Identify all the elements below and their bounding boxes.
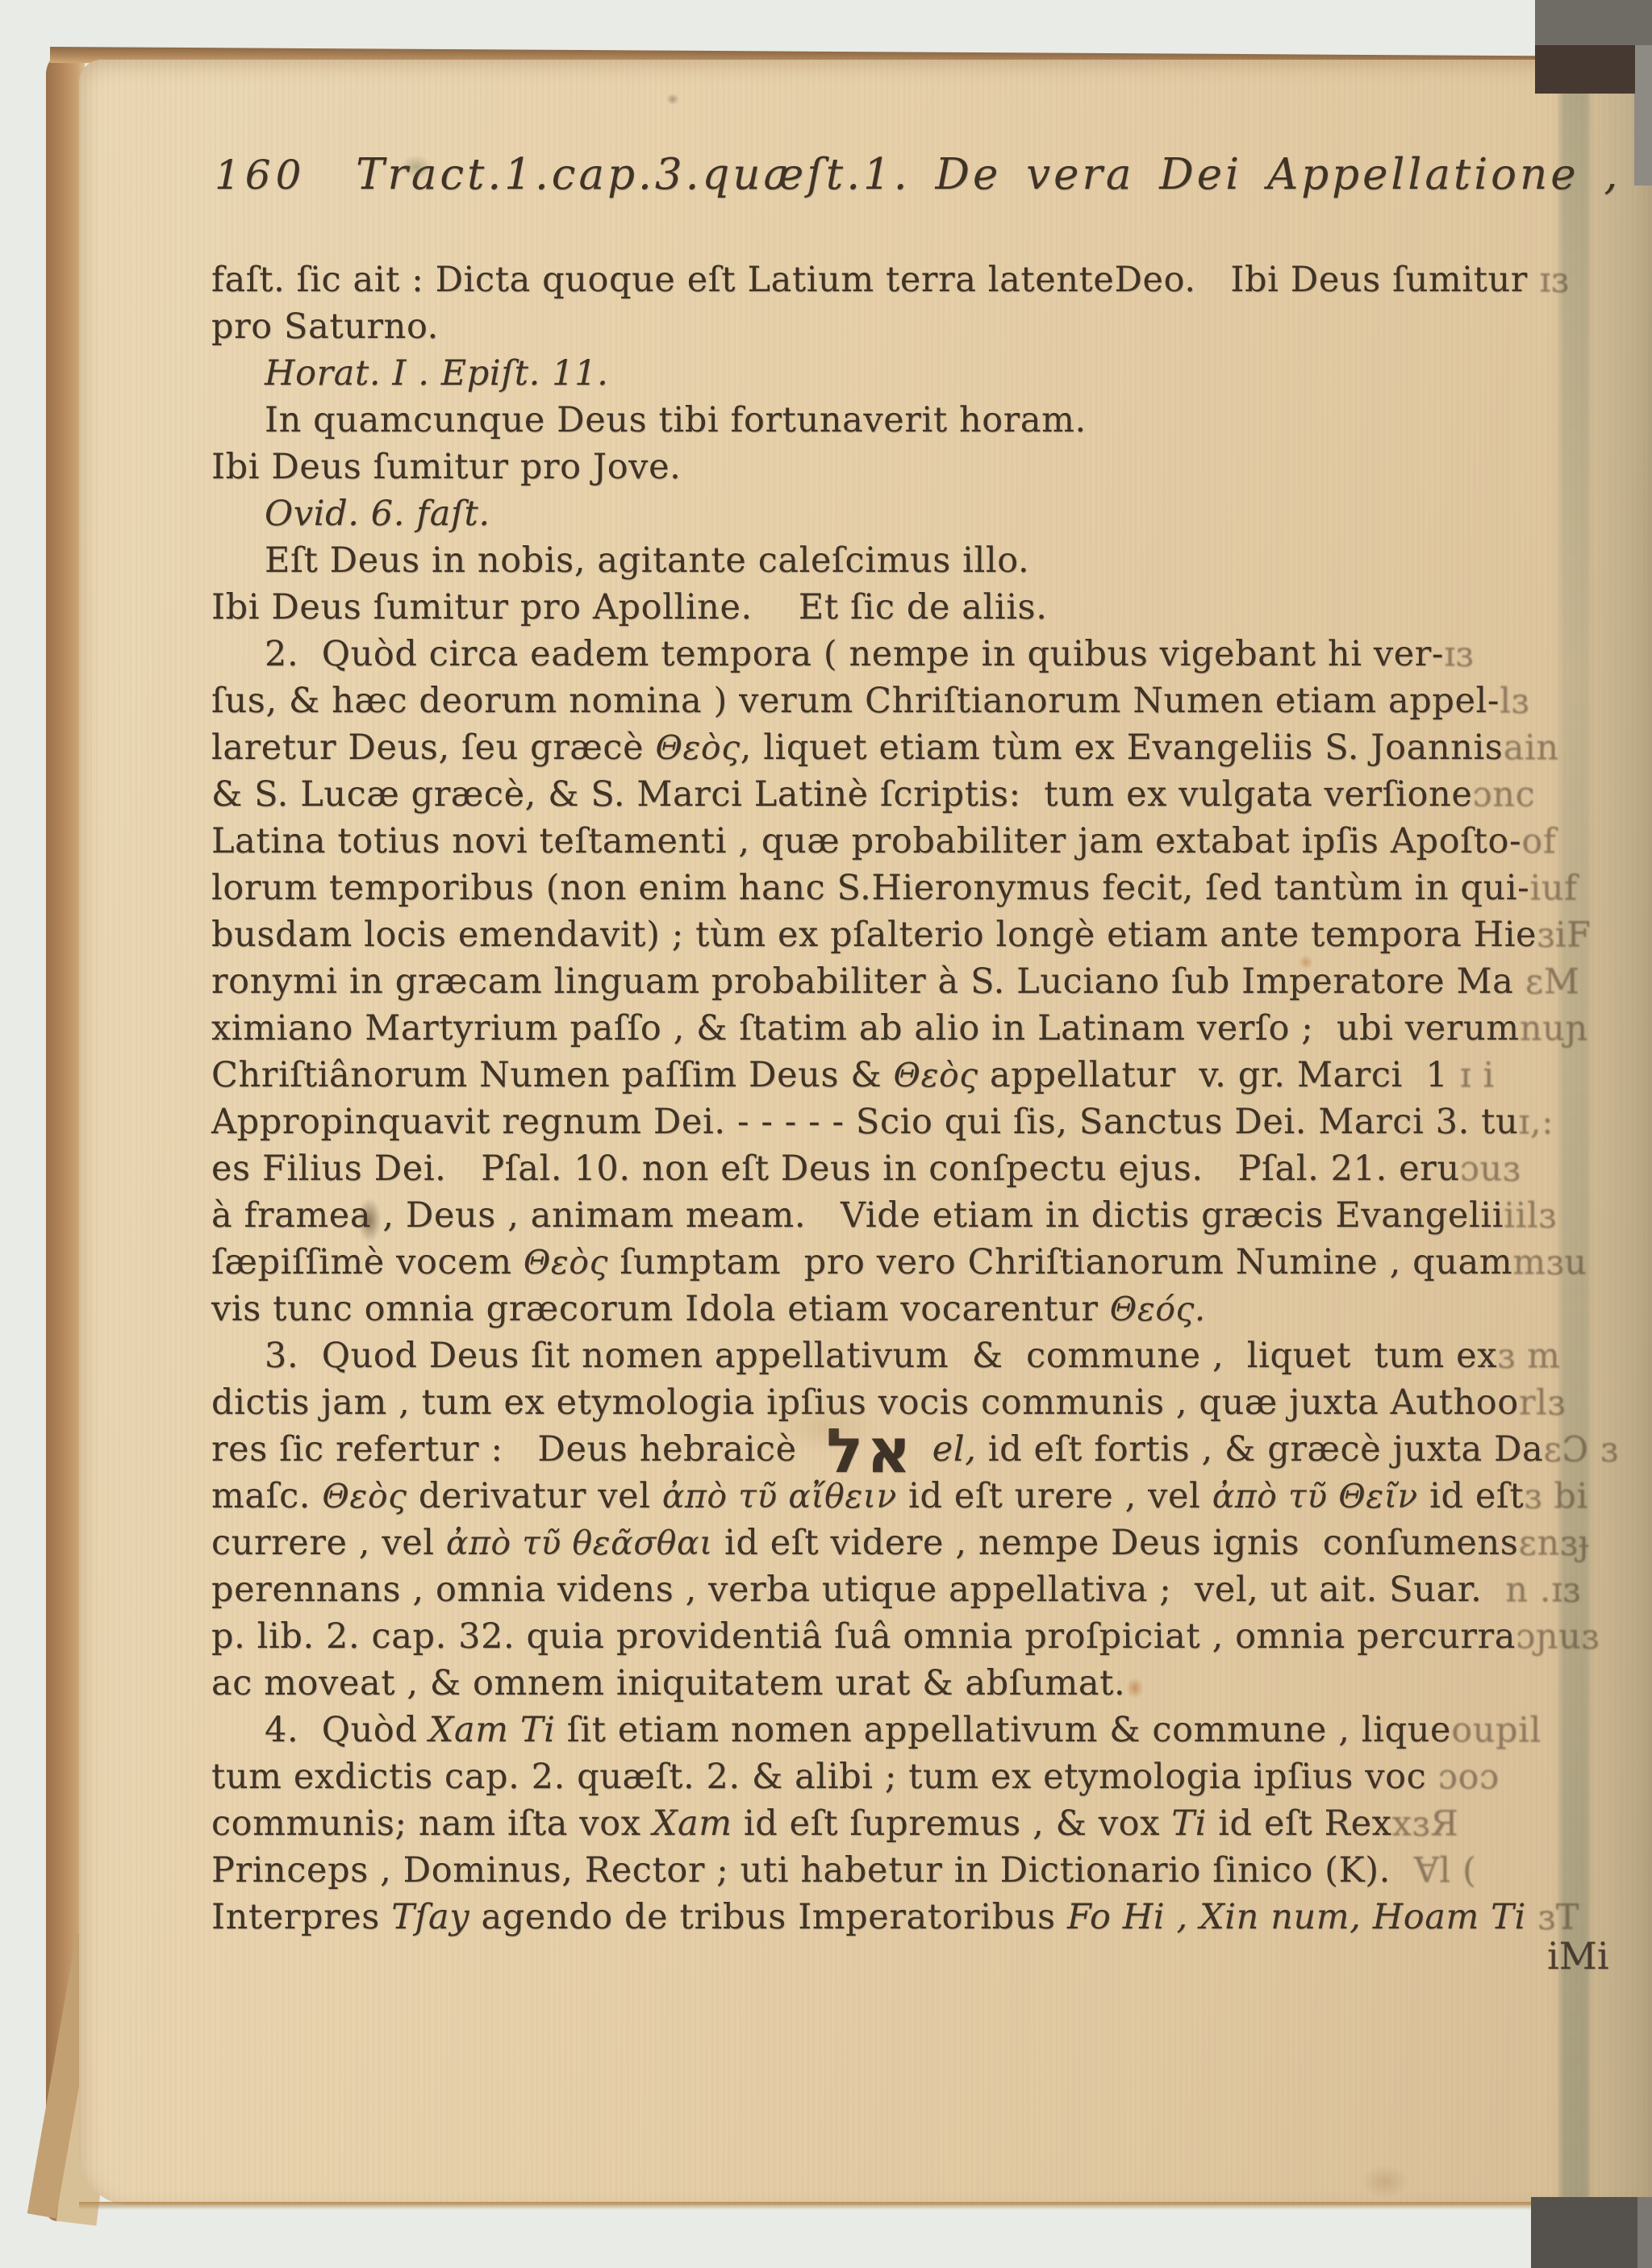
scan-corner-block-top-right xyxy=(1535,0,1652,45)
text-segment: Horat. I . Epiſt. 11. xyxy=(265,353,608,394)
text-segment: perennans , omnia videns , verba utique … xyxy=(211,1570,1505,1610)
text-line: currere , vel ἀπὸ τῦ θεᾶσθαι id eſt vide… xyxy=(211,1520,1618,1566)
scan-corner-block-bottom-right-light xyxy=(1637,2197,1652,2268)
text-line: Latina totius novi teſtamenti , quæ prob… xyxy=(211,818,1618,865)
text-segment: busdam locis emendavit) ; tùm ex pſalter… xyxy=(211,915,1537,955)
text-line: communis; nam iſta vox Xam id eſt ſuprem… xyxy=(211,1800,1618,1847)
text-segment: Appropinquavit regnum Dei. - - - - - Sci… xyxy=(211,1102,1518,1142)
text-line: p. lib. 2. cap. 32. quia providentiâ ſuâ… xyxy=(211,1613,1618,1660)
text-line: perennans , omnia videns , verba utique … xyxy=(211,1566,1618,1613)
ink-bleed: ɔɲuɜ xyxy=(1516,1616,1600,1657)
text-segment: id eſt Rex xyxy=(1207,1803,1392,1844)
text-segment: currere , vel xyxy=(211,1523,446,1563)
text-segment: , liquet etiam tùm ex Evangeliis S. Joan… xyxy=(740,728,1504,768)
text-segment: ronymi in græcam linguam probabiliter à … xyxy=(211,961,1513,1002)
text-line: vis tunc omnia græcorum Idola etiam voca… xyxy=(211,1286,1618,1332)
text-line: ronymi in græcam linguam probabiliter à … xyxy=(211,958,1618,1005)
text-segment: pro Saturno. xyxy=(211,306,439,347)
ink-bleed: n .ɪɜ xyxy=(1505,1570,1581,1610)
ink-bleed: ɛƆ ɜ xyxy=(1543,1429,1618,1470)
text-segment: & S. Lucæ græcè, & S. Marci Latinè ſcrip… xyxy=(211,774,1472,815)
ink-bleed: ɜT xyxy=(1526,1897,1579,1937)
text-segment: 3. Quod Deus ſit nomen appellativum & co… xyxy=(265,1336,1497,1376)
text-segment: id eſt ſupremus , & vox xyxy=(732,1803,1172,1844)
text-line: 2. Quòd circa eadem tempora ( nempe in q… xyxy=(211,631,1618,677)
ink-bleed: iuf xyxy=(1529,868,1577,908)
text-segment: Tſay xyxy=(391,1897,469,1937)
text-segment: Interpres xyxy=(211,1897,391,1937)
text-line: Ibi Deus ſumitur pro Jove. xyxy=(211,444,1618,490)
text-segment: lorum temporibus (non enim hanc S.Hieron… xyxy=(211,868,1529,908)
text-segment: Fo Hi , Xin num, Hoam Ti xyxy=(1067,1897,1526,1937)
text-segment: maſc. xyxy=(211,1476,322,1516)
text-line: & S. Lucæ græcè, & S. Marci Latinè ſcrip… xyxy=(211,771,1618,818)
text-line: ximiano Martyrium paſſo , & ſtatim ab al… xyxy=(211,1005,1618,1052)
text-segment xyxy=(921,1429,932,1470)
text-segment: faſt. ſic ait : Dicta quoque eſt Latium … xyxy=(211,260,1528,300)
text-segment: In quamcunque Deus tibi fortunaverit hor… xyxy=(265,400,1087,440)
text-segment: 160 xyxy=(215,152,306,198)
ink-bleed: ɔuɜ xyxy=(1460,1149,1521,1189)
ink-bleed: ɪɜ xyxy=(1528,260,1569,300)
text-line: 3. Quod Deus ſit nomen appellativum & co… xyxy=(211,1332,1618,1379)
text-segment: ac moveat , & omnem iniquitatem urat & a… xyxy=(211,1663,1125,1703)
ink-bleed: ɔnc xyxy=(1472,774,1535,815)
ink-bleed: nuɲ xyxy=(1520,1008,1588,1049)
text-segment: Princeps , Dominus, Rector ; uti habetur… xyxy=(211,1850,1413,1891)
ink-bleed: iilɜ xyxy=(1504,1195,1557,1236)
ink-bleed: xɜЯ xyxy=(1392,1803,1459,1844)
text-segment: Ibi Deus ſumitur pro Apolline. Et ſic de… xyxy=(211,587,1048,627)
text-line: Appropinquavit regnum Dei. - - - - - Sci… xyxy=(211,1099,1618,1145)
greek-word: ἀπὸ τῦ θεᾶσθαι xyxy=(446,1524,713,1562)
text-segment: id eſt xyxy=(1418,1476,1524,1516)
text-segment: agendo de tribus Imperatoribus xyxy=(469,1897,1067,1937)
page-bottom-edge xyxy=(79,2202,1652,2210)
text-segment: derivatur vel xyxy=(407,1476,662,1516)
ink-bleed: ɔoɔ xyxy=(1426,1757,1499,1797)
ink-bleed: ɛM xyxy=(1513,961,1579,1002)
text-line: res ſic refertur : Deus hebraicè אל el, … xyxy=(211,1426,1618,1473)
ink-bleed: oupil xyxy=(1451,1710,1541,1750)
text-segment: id eſt fortis , & græcè juxta Da xyxy=(976,1429,1543,1470)
text-segment: Ti xyxy=(1171,1803,1207,1844)
text-line: Ovid. 6. faſt. xyxy=(211,490,1618,537)
text-line: faſt. ſic ait : Dicta quoque eſt Latium … xyxy=(211,256,1618,303)
text-segment: ſumptam pro vero Chriſtianorum Numine , … xyxy=(608,1242,1512,1282)
ink-bleed: ɪ i xyxy=(1448,1055,1494,1095)
text-line: ac moveat , & omnem iniquitatem urat & a… xyxy=(211,1660,1618,1707)
ink-bleed: rlɜ xyxy=(1519,1382,1566,1423)
text-segment: Xam Ti xyxy=(429,1710,556,1750)
greek-word: ἀπὸ τῦ Θεῖν xyxy=(1212,1477,1418,1515)
text-segment: communis; nam iſta vox xyxy=(211,1803,653,1844)
text-segment: es Filius Dei. Pſal. 10. non eſt Deus in… xyxy=(211,1149,1460,1189)
text-segment: ximiano Martyrium paſſo , & ſtatim ab al… xyxy=(211,1008,1520,1049)
text-line: maſc. Θεὸς derivatur vel ἀπὸ τῦ αἴθειν i… xyxy=(211,1473,1618,1520)
ink-bleed: ain xyxy=(1503,728,1558,768)
text-segment: id eſt urere , vel xyxy=(897,1476,1212,1516)
greek-word: Θεός. xyxy=(1110,1290,1206,1328)
text-line: Princeps , Dominus, Rector ; uti habetur… xyxy=(211,1847,1618,1894)
scan-corner-block-bottom-right xyxy=(1531,2197,1637,2268)
text-segment: appellatur v. gr. Marci 1 xyxy=(978,1055,1449,1095)
text-line: ſæpiſſimè vocem Θεὸς ſumptam pro vero Ch… xyxy=(211,1239,1618,1286)
text-segment: Eſt Deus in nobis, agitante caleſcimus i… xyxy=(265,540,1029,581)
text-segment: ſæpiſſimè vocem xyxy=(211,1242,524,1282)
text-line: Horat. I . Epiſt. 11. xyxy=(211,350,1618,397)
text-segment: à framea , Deus , animam meam. Vide etia… xyxy=(211,1195,1504,1236)
ink-bleed: mɜu xyxy=(1512,1242,1587,1282)
greek-word: Θεὸς xyxy=(322,1477,407,1515)
text-line: es Filius Dei. Pſal. 10. non eſt Deus in… xyxy=(211,1145,1618,1192)
text-line: ſus, & hæc deorum nomina ) verum Chriſti… xyxy=(211,677,1618,724)
catchword: iMi xyxy=(1547,1934,1609,1978)
greek-word: ἀπὸ τῦ αἴθειν xyxy=(662,1477,897,1515)
text-segment: ſit etiam nomen appellativum & commune ,… xyxy=(556,1710,1451,1750)
text-segment: Chriſtiânorum Numen paſſim Deus & xyxy=(211,1055,894,1095)
text-segment: Xam xyxy=(653,1803,732,1844)
text-line: Eſt Deus in nobis, agitante caleſcimus i… xyxy=(211,537,1618,584)
ink-bleed: of xyxy=(1521,821,1556,861)
greek-word: Θεὸς xyxy=(894,1056,978,1094)
ink-bleed: lɜ xyxy=(1500,681,1529,721)
text-segment: ſus, & hæc deorum nomina ) verum Chriſti… xyxy=(211,681,1500,721)
text-line: à framea , Deus , animam meam. Vide etia… xyxy=(211,1192,1618,1239)
ink-bleed: ɪ,: xyxy=(1518,1102,1554,1142)
text-line: lorum temporibus (non enim hanc S.Hieron… xyxy=(211,865,1618,911)
ink-bleed: ɛnɜɟ xyxy=(1518,1523,1589,1563)
text-segment: p. lib. 2. cap. 32. quia providentiâ ſuâ… xyxy=(211,1616,1516,1657)
text-segment: 2. Quòd circa eadem tempora ( nempe in q… xyxy=(265,634,1444,674)
text-segment: 4. Quòd xyxy=(265,1710,429,1750)
text-segment: id eſt videre , nempe Deus ignis conſume… xyxy=(713,1523,1519,1563)
scan-corner-block-top-right-dark xyxy=(1535,45,1635,94)
text-block: faſt. ſic ait : Dicta quoque eſt Latium … xyxy=(211,256,1618,1941)
text-segment: Latina totius novi teſtamenti , quæ prob… xyxy=(211,821,1521,861)
text-segment: res ſic refertur : Deus hebraicè xyxy=(211,1429,820,1470)
text-segment: Ovid. 6. faſt. xyxy=(265,494,490,534)
text-segment: tum exdictis cap. 2. quæſt. 2. & alibi ;… xyxy=(211,1757,1426,1797)
scanned-book-page: { "colors":{"paper":"#e5cfa9","ink":"#3f… xyxy=(0,0,1652,2268)
text-line: Chriſtiânorum Numen paſſim Deus & Θεὸς a… xyxy=(211,1052,1618,1099)
text-segment: el, xyxy=(932,1429,977,1470)
ink-bleed: ɜ bi xyxy=(1524,1476,1587,1516)
ink-bleed: Ɐl ( xyxy=(1413,1850,1476,1891)
ink-bleed: ɪɜ xyxy=(1444,634,1474,674)
greek-word: Θεὸς xyxy=(655,728,740,767)
greek-word: Θεὸς xyxy=(524,1243,608,1282)
text-line: busdam locis emendavit) ; tùm ex pſalter… xyxy=(211,911,1618,958)
text-segment: laretur Deus, ſeu græcè xyxy=(211,728,655,768)
text-segment: vis tunc omnia græcorum Idola etiam voca… xyxy=(211,1289,1110,1329)
text-line: In quamcunque Deus tibi fortunaverit hor… xyxy=(211,397,1618,444)
page-header: 160 Tract.1.cap.3.quæſt.1. De vera Dei A… xyxy=(215,150,1621,199)
text-line: pro Saturno. xyxy=(211,303,1618,350)
text-segment: Tract.1.cap.3.quæſt.1. De vera Dei Appel… xyxy=(306,150,1621,199)
text-segment: Ibi Deus ſumitur pro Jove. xyxy=(211,447,681,487)
ink-bleed: ɜiF xyxy=(1537,915,1591,955)
text-line: tum exdictis cap. 2. quæſt. 2. & alibi ;… xyxy=(211,1753,1618,1800)
text-line: laretur Deus, ſeu græcè Θεὸς, liquet eti… xyxy=(211,724,1618,771)
text-line: Interpres Tſay agendo de tribus Imperato… xyxy=(211,1894,1618,1941)
text-line: Ibi Deus ſumitur pro Apolline. Et ſic de… xyxy=(211,584,1618,631)
text-line: 4. Quòd Xam Ti ſit etiam nomen appellati… xyxy=(211,1707,1618,1753)
ink-bleed: ɜ m xyxy=(1497,1336,1560,1376)
